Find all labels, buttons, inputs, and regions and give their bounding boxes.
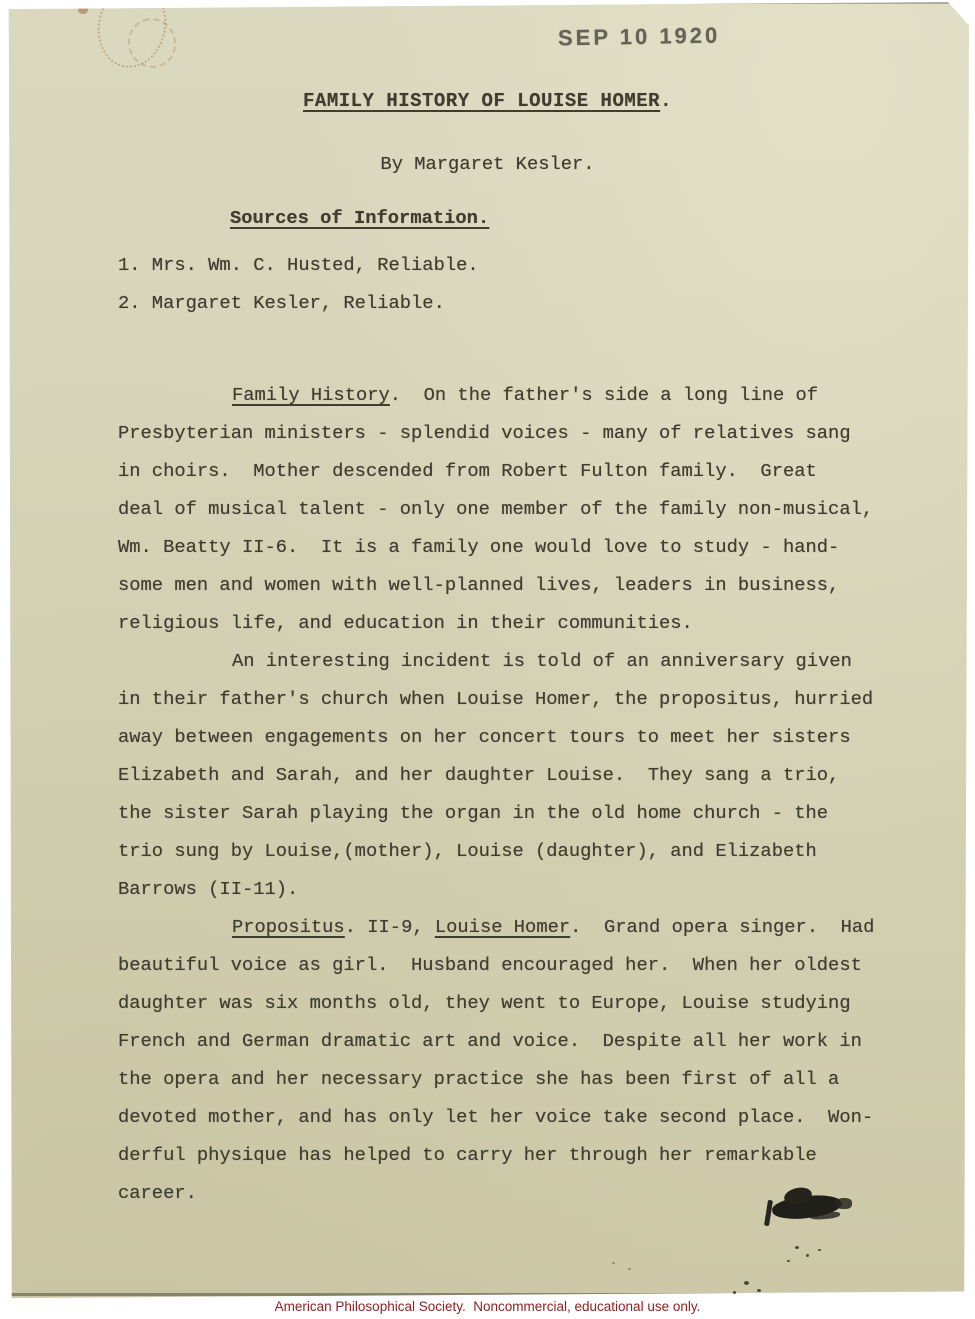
text-run: Presbyterian ministers - splendid voices…	[118, 422, 851, 444]
footer-credit: American Philosophical Society. Noncomme…	[0, 1299, 975, 1314]
typewritten-line: religious life, and education in their c…	[118, 604, 874, 642]
text-run: Elizabeth and Sarah, and her daughter Lo…	[118, 764, 839, 786]
ink-speck	[628, 1268, 631, 1270]
ink-speck	[818, 1249, 821, 1251]
typewritten-line: in their father's church when Louise Hom…	[118, 680, 874, 718]
text-run: derful physique has helped to carry her …	[118, 1144, 817, 1166]
ink-speck	[612, 1262, 615, 1264]
ink-blot	[766, 1186, 866, 1232]
ink-speck	[806, 1254, 809, 1257]
document-title: FAMILY HISTORY OF LOUISE HOMER.	[0, 90, 975, 112]
rust-stain-dot	[78, 6, 88, 14]
ink-speck	[733, 1291, 736, 1294]
typewritten-line: the opera and her necessary practice she…	[118, 1060, 874, 1098]
typewritten-line: Elizabeth and Sarah, and her daughter Lo…	[118, 756, 874, 794]
text-run: some men and women with well-planned liv…	[118, 574, 839, 596]
ink-blot-shape	[764, 1200, 773, 1226]
text-run: trio sung by Louise,(mother), Louise (da…	[118, 840, 817, 862]
byline: By Margaret Kesler.	[0, 153, 975, 175]
text-run: Wm. Beatty II-6. It is a family one woul…	[118, 536, 839, 558]
ink-speck	[757, 1289, 761, 1292]
ink-blot-shape	[836, 1198, 852, 1209]
text-run: in choirs. Mother descended from Robert …	[118, 460, 817, 482]
ink-speck	[744, 1281, 749, 1285]
text-run: daughter was six months old, they went t…	[118, 992, 851, 1014]
paper-top-edge	[6, 2, 969, 4]
typewritten-line: Family History. On the father's side a l…	[232, 376, 874, 414]
typewritten-line: devoted mother, and has only let her voi…	[118, 1098, 874, 1136]
text-run: An interesting incident is told of an an…	[232, 650, 852, 672]
date-stamp: SEP 10 1920	[558, 23, 721, 52]
text-run: religious life, and education in their c…	[118, 612, 693, 634]
text-run: devoted mother, and has only let her voi…	[118, 1106, 873, 1128]
underlined-text: Propositus	[232, 916, 345, 938]
typewritten-line: An interesting incident is told of an an…	[232, 642, 874, 680]
text-run: . II-9,	[345, 916, 435, 938]
source-item: 2. Margaret Kesler, Reliable.	[118, 284, 479, 322]
text-run: the opera and her necessary practice she…	[118, 1068, 839, 1090]
text-run: the sister Sarah playing the organ in th…	[118, 802, 828, 824]
ink-speck	[787, 1260, 790, 1262]
typewritten-line: some men and women with well-planned liv…	[118, 566, 874, 604]
typewritten-line: deal of musical talent - only one member…	[118, 490, 874, 528]
typewritten-line: career.	[118, 1174, 874, 1212]
sources-heading-underlined-text: Sources of Information.	[230, 207, 489, 229]
typewritten-line: the sister Sarah playing the organ in th…	[118, 794, 874, 832]
underlined-text: Louise Homer	[435, 916, 570, 938]
text-run: beautiful voice as girl. Husband encoura…	[118, 954, 862, 976]
typewritten-line: daughter was six months old, they went t…	[118, 984, 874, 1022]
typewritten-line: French and German dramatic art and voice…	[118, 1022, 874, 1060]
text-run: in their father's church when Louise Hom…	[118, 688, 873, 710]
text-run: deal of musical talent - only one member…	[118, 498, 873, 520]
body-text: Family History. On the father's side a l…	[118, 376, 874, 1212]
typewritten-line: Barrows (II-11).	[118, 870, 874, 908]
typewritten-line: beautiful voice as girl. Husband encoura…	[118, 946, 874, 984]
title-underlined-text: FAMILY HISTORY OF LOUISE HOMER	[303, 90, 660, 112]
typewritten-line: away between engagements on her concert …	[118, 718, 874, 756]
title-period: .	[660, 90, 672, 112]
text-run: . On the father's side a long line of	[390, 384, 818, 406]
text-run: Barrows (II-11).	[118, 878, 298, 900]
underlined-text: Family History	[232, 384, 390, 406]
document-page: SEP 10 1920 FAMILY HISTORY OF LOUISE HOM…	[0, 0, 975, 1319]
text-run: away between engagements on her concert …	[118, 726, 851, 748]
typewritten-line: Presbyterian ministers - splendid voices…	[118, 414, 874, 452]
typewritten-line: Propositus. II-9, Louise Homer. Grand op…	[232, 908, 874, 946]
text-run: career.	[118, 1182, 197, 1204]
sources-list: 1. Mrs. Wm. C. Husted, Reliable.2. Marga…	[118, 246, 479, 322]
typewritten-line: Wm. Beatty II-6. It is a family one woul…	[118, 528, 874, 566]
typewritten-line: derful physique has helped to carry her …	[118, 1136, 874, 1174]
source-item: 1. Mrs. Wm. C. Husted, Reliable.	[118, 246, 479, 284]
typewritten-line: in choirs. Mother descended from Robert …	[118, 452, 874, 490]
ink-speck	[795, 1246, 799, 1249]
text-run: French and German dramatic art and voice…	[118, 1030, 862, 1052]
text-run: . Grand opera singer. Had	[570, 916, 874, 938]
sources-heading: Sources of Information.	[230, 207, 489, 229]
typewritten-line: trio sung by Louise,(mother), Louise (da…	[118, 832, 874, 870]
